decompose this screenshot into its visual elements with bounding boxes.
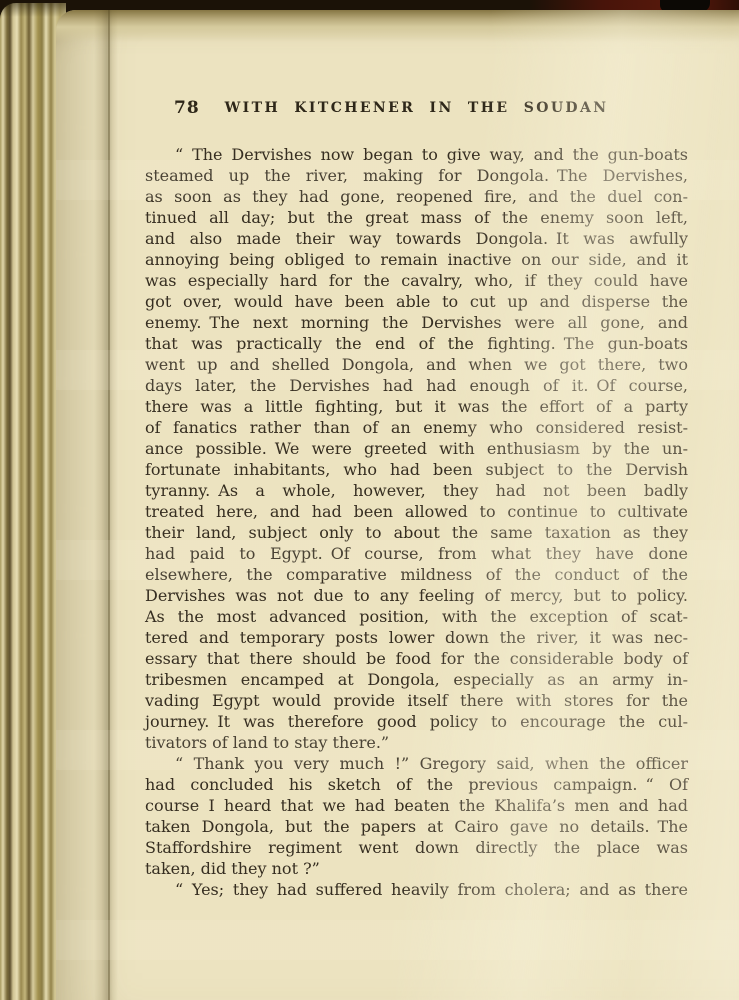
text-line: “ Yes; they had suffered heavily from ch… (145, 879, 688, 900)
text-line: Dervishes was not due to any feeling of … (145, 585, 688, 606)
text-line: Staffordshire regiment went down directl… (145, 837, 688, 858)
text-line: went up and shelled Dongola, and when we… (145, 354, 688, 375)
book-page: 78 WITH KITCHENER IN THE SOUDAN “ The De… (56, 10, 739, 1000)
text-line: of fanatics rather than of an enemy who … (145, 417, 688, 438)
page-number: 78 (174, 98, 200, 118)
text-line: had concluded his sketch of the previous… (145, 774, 688, 795)
body-text: “ The Dervishes now began to give way, a… (145, 144, 688, 900)
text-line: course I heard that we had beaten the Kh… (145, 795, 688, 816)
text-line: steamed up the river, making for Dongola… (145, 165, 688, 186)
text-line: tyranny. As a whole, however, they had n… (145, 480, 688, 501)
text-line: “ Thank you very much !” Gregory said, w… (145, 753, 688, 774)
text-line: taken Dongola, but the papers at Cairo g… (145, 816, 688, 837)
text-line: As the most advanced position, with the … (145, 606, 688, 627)
text-line: essary that there should be food for the… (145, 648, 688, 669)
text-line: vading Egypt would provide itself there … (145, 690, 688, 711)
text-line: journey. It was therefore good policy to… (145, 711, 688, 732)
running-header: WITH KITCHENER IN THE SOUDAN (145, 98, 688, 116)
text-line: there was a little fighting, but it was … (145, 396, 688, 417)
text-line: elsewhere, the comparative mildness of t… (145, 564, 688, 585)
text-line: taken, did they not ?” (145, 858, 688, 879)
text-line: treated here, and had been allowed to co… (145, 501, 688, 522)
text-line: that was practically the end of the figh… (145, 333, 688, 354)
text-line: tinued all day; but the great mass of th… (145, 207, 688, 228)
text-line: “ The Dervishes now began to give way, a… (145, 144, 688, 165)
text-line: tered and temporary posts lower down the… (145, 627, 688, 648)
page-header: 78 WITH KITCHENER IN THE SOUDAN (145, 98, 688, 120)
page-content: 78 WITH KITCHENER IN THE SOUDAN “ The De… (56, 10, 739, 1000)
text-line: fortunate inhabitants, who had been subj… (145, 459, 688, 480)
text-line: as soon as they had gone, reopened fire,… (145, 186, 688, 207)
book-scan: 78 WITH KITCHENER IN THE SOUDAN “ The De… (0, 0, 739, 1000)
text-line: annoying being obliged to remain inactiv… (145, 249, 688, 270)
text-line: tribesmen encamped at Dongola, especiall… (145, 669, 688, 690)
text-line: was especially hard for the cavalry, who… (145, 270, 688, 291)
text-line: ance possible. We were greeted with enth… (145, 438, 688, 459)
text-line: got over, would have been able to cut up… (145, 291, 688, 312)
text-line: their land, subject only to about the sa… (145, 522, 688, 543)
text-line: had paid to Egypt. Of course, from what … (145, 543, 688, 564)
text-line: tivators of land to stay there.” (145, 732, 688, 753)
text-line: enemy. The next morning the Dervishes we… (145, 312, 688, 333)
text-line: days later, the Dervishes had had enough… (145, 375, 688, 396)
text-line: and also made their way towards Dongola.… (145, 228, 688, 249)
